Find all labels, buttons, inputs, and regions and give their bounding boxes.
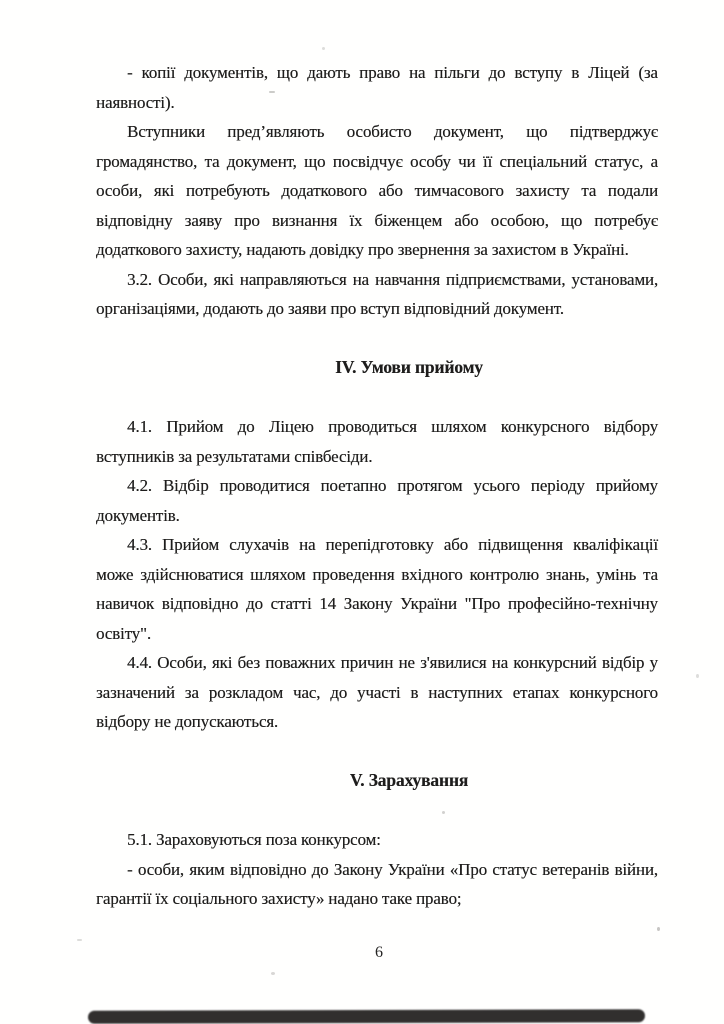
text-line: особи,якіпотребуютьдодатковогоаботимчасо… — [96, 176, 658, 206]
scan-speck — [271, 972, 275, 975]
text-line: освіту". — [96, 619, 658, 649]
text-line: громадянство,тадокумент,щопосвідчуєособу… — [96, 147, 658, 177]
text-line: 4.1.ПрийомдоЛіцеюпроводитьсяшляхомконкур… — [96, 412, 658, 442]
scan-speck — [269, 91, 275, 93]
page-number: 6 — [368, 941, 390, 965]
scan-artifact-bar — [88, 1009, 645, 1023]
scan-speck — [657, 927, 660, 931]
text-line: відбору не допускаються. — [96, 707, 658, 737]
text-line: гарантії їх соціального захисту» надано … — [96, 884, 658, 914]
text-line: 4.2.Відбірпроводитисяпоетапнопротягомусь… — [96, 471, 658, 501]
text-line: 3.2.Особи,якінаправляютьсянанавчанняпідп… — [96, 265, 658, 295]
text-line: 4.3.Прийомслухачівнаперепідготовкуабопід… — [96, 530, 658, 560]
text-line: Вступникипред’являютьособистодокумент,що… — [96, 117, 658, 147]
text-line: 4.4.Особи,якібезповажнихпричиннез'явилис… — [96, 648, 658, 678]
scanned-page: -копіїдокументів,щодаютьправонапільгидов… — [0, 0, 724, 1024]
scan-speck — [696, 674, 699, 678]
scan-speck — [442, 811, 445, 814]
text-line: відповіднузаявупровизнанняїхбіженцемабоо… — [96, 206, 658, 236]
text-line: -копіїдокументів,щодаютьправонапільгидов… — [96, 58, 658, 88]
text-line: організаціями, додають до заяви про всту… — [96, 294, 658, 324]
text-line: -особи,якимвідповіднодоЗаконуУкраїни«Про… — [96, 855, 658, 885]
text-line: додаткового захисту, надають довідку про… — [96, 235, 658, 265]
text-line: документів. — [96, 501, 658, 531]
document-text: -копіїдокументів,щодаютьправонапільгидов… — [96, 58, 658, 914]
scan-speck — [322, 47, 325, 50]
text-line: можездійснюватисяшляхомпроведеннявхідног… — [96, 560, 658, 590]
text-line: 5.1. Зараховуються поза конкурсом: — [96, 825, 658, 855]
section-heading-iv: IV. Умови прийому — [128, 353, 690, 383]
text-line: наявності). — [96, 88, 658, 118]
section-heading-v: V. Зарахування — [128, 766, 690, 796]
text-line: вступників за результатами співбесіди. — [96, 442, 658, 472]
scan-speck — [77, 939, 82, 941]
text-line: навичоквідповіднодостатті14ЗаконуУкраїни… — [96, 589, 658, 619]
text-line: зазначенийзарозкладомчас,доучастівнаступ… — [96, 678, 658, 708]
